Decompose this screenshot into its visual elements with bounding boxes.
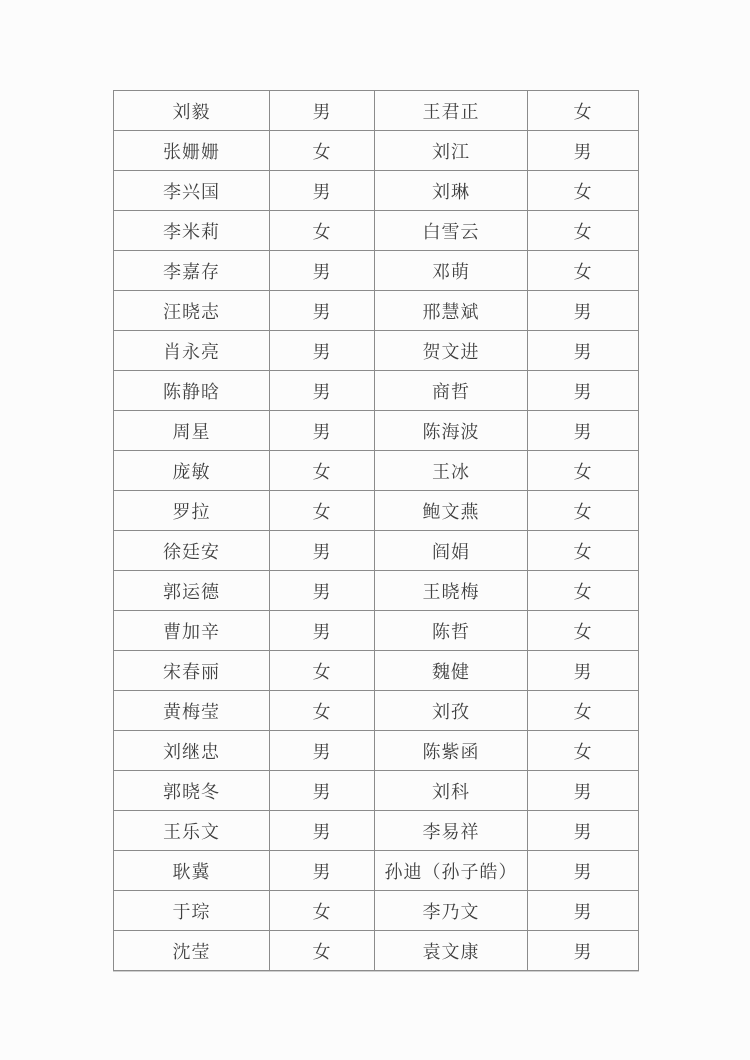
person-name-cell: 汪晓志 <box>114 291 270 331</box>
person-name-cell: 刘继忠 <box>114 731 270 771</box>
table-row: 李嘉存男邓萌女 <box>114 251 639 291</box>
table-row: 王乐文男李易祥男 <box>114 811 639 851</box>
table-row: 耿冀男孙迪（孙子皓）男 <box>114 851 639 891</box>
table-row: 郭运德男王晓梅女 <box>114 571 639 611</box>
person-name-cell: 陈静晗 <box>114 371 270 411</box>
gender-cell: 女 <box>528 531 639 571</box>
person-name-cell: 黄梅莹 <box>114 691 270 731</box>
table-row: 庞敏女王冰女 <box>114 451 639 491</box>
gender-cell: 男 <box>270 291 375 331</box>
gender-cell: 女 <box>528 211 639 251</box>
person-name-cell: 李嘉存 <box>114 251 270 291</box>
person-name-cell: 贺文进 <box>375 331 528 371</box>
person-name-cell: 徐廷安 <box>114 531 270 571</box>
gender-cell: 男 <box>270 411 375 451</box>
gender-cell: 男 <box>270 611 375 651</box>
table-row: 曹加辛男陈哲女 <box>114 611 639 651</box>
gender-cell: 女 <box>528 691 639 731</box>
person-name-cell: 鲍文燕 <box>375 491 528 531</box>
gender-cell: 女 <box>270 211 375 251</box>
table-row: 李兴国男刘琳女 <box>114 171 639 211</box>
table-row: 刘继忠男陈紫函女 <box>114 731 639 771</box>
person-name-cell: 周星 <box>114 411 270 451</box>
person-name-cell: 陈海波 <box>375 411 528 451</box>
table-row: 张姗姗女刘江男 <box>114 131 639 171</box>
gender-cell: 男 <box>528 331 639 371</box>
person-name-cell: 刘科 <box>375 771 528 811</box>
gender-cell: 男 <box>270 531 375 571</box>
gender-cell: 男 <box>270 371 375 411</box>
person-name-cell: 刘江 <box>375 131 528 171</box>
person-name-cell: 魏健 <box>375 651 528 691</box>
person-name-cell: 李米莉 <box>114 211 270 251</box>
gender-cell: 男 <box>528 811 639 851</box>
person-name-cell: 陈紫函 <box>375 731 528 771</box>
table-row: 刘毅男王君正女 <box>114 91 639 131</box>
gender-cell: 女 <box>528 251 639 291</box>
gender-cell: 女 <box>528 91 639 131</box>
person-name-cell: 刘孜 <box>375 691 528 731</box>
gender-cell: 女 <box>270 131 375 171</box>
table-row: 李米莉女白雪云女 <box>114 211 639 251</box>
person-name-cell: 曹加辛 <box>114 611 270 651</box>
person-name-cell: 罗拉 <box>114 491 270 531</box>
gender-cell: 女 <box>270 931 375 971</box>
gender-cell: 女 <box>528 171 639 211</box>
gender-cell: 男 <box>270 571 375 611</box>
table-row: 于琮女李乃文男 <box>114 891 639 931</box>
person-name-cell: 肖永亮 <box>114 331 270 371</box>
person-name-cell: 李兴国 <box>114 171 270 211</box>
person-name-cell: 孙迪（孙子皓） <box>375 851 528 891</box>
table-row: 周星男陈海波男 <box>114 411 639 451</box>
gender-cell: 女 <box>270 451 375 491</box>
person-name-cell: 李易祥 <box>375 811 528 851</box>
person-name-cell: 郭运德 <box>114 571 270 611</box>
gender-cell: 女 <box>270 691 375 731</box>
person-name-cell: 耿冀 <box>114 851 270 891</box>
gender-cell: 女 <box>528 491 639 531</box>
person-name-cell: 张姗姗 <box>114 131 270 171</box>
gender-cell: 男 <box>270 251 375 291</box>
name-gender-roster-table: 刘毅男王君正女张姗姗女刘江男李兴国男刘琳女李米莉女白雪云女李嘉存男邓萌女汪晓志男… <box>113 90 639 971</box>
gender-cell: 男 <box>270 331 375 371</box>
table-row: 郭晓冬男刘科男 <box>114 771 639 811</box>
person-name-cell: 王冰 <box>375 451 528 491</box>
person-name-cell: 沈莹 <box>114 931 270 971</box>
gender-cell: 男 <box>528 131 639 171</box>
table-row: 罗拉女鲍文燕女 <box>114 491 639 531</box>
gender-cell: 女 <box>270 891 375 931</box>
person-name-cell: 于琮 <box>114 891 270 931</box>
person-name-cell: 王君正 <box>375 91 528 131</box>
person-name-cell: 邓萌 <box>375 251 528 291</box>
roster-table-body: 刘毅男王君正女张姗姗女刘江男李兴国男刘琳女李米莉女白雪云女李嘉存男邓萌女汪晓志男… <box>114 91 639 971</box>
table-row: 徐廷安男阎娟女 <box>114 531 639 571</box>
gender-cell: 女 <box>528 611 639 651</box>
gender-cell: 男 <box>528 891 639 931</box>
table-row: 宋春丽女魏健男 <box>114 651 639 691</box>
gender-cell: 男 <box>528 291 639 331</box>
gender-cell: 男 <box>270 91 375 131</box>
person-name-cell: 商哲 <box>375 371 528 411</box>
person-name-cell: 王乐文 <box>114 811 270 851</box>
person-name-cell: 刘毅 <box>114 91 270 131</box>
gender-cell: 男 <box>270 171 375 211</box>
gender-cell: 男 <box>528 371 639 411</box>
document-page: 刘毅男王君正女张姗姗女刘江男李兴国男刘琳女李米莉女白雪云女李嘉存男邓萌女汪晓志男… <box>0 0 750 1060</box>
gender-cell: 女 <box>270 651 375 691</box>
gender-cell: 男 <box>528 931 639 971</box>
table-row: 汪晓志男邢慧斌男 <box>114 291 639 331</box>
gender-cell: 男 <box>528 411 639 451</box>
gender-cell: 男 <box>528 651 639 691</box>
person-name-cell: 袁文康 <box>375 931 528 971</box>
person-name-cell: 白雪云 <box>375 211 528 251</box>
table-row: 陈静晗男商哲男 <box>114 371 639 411</box>
gender-cell: 男 <box>528 771 639 811</box>
person-name-cell: 王晓梅 <box>375 571 528 611</box>
person-name-cell: 阎娟 <box>375 531 528 571</box>
gender-cell: 女 <box>528 451 639 491</box>
person-name-cell: 陈哲 <box>375 611 528 651</box>
person-name-cell: 宋春丽 <box>114 651 270 691</box>
gender-cell: 男 <box>270 851 375 891</box>
table-row: 黄梅莹女刘孜女 <box>114 691 639 731</box>
person-name-cell: 李乃文 <box>375 891 528 931</box>
person-name-cell: 刘琳 <box>375 171 528 211</box>
person-name-cell: 庞敏 <box>114 451 270 491</box>
gender-cell: 女 <box>528 571 639 611</box>
gender-cell: 男 <box>270 771 375 811</box>
gender-cell: 男 <box>270 811 375 851</box>
person-name-cell: 郭晓冬 <box>114 771 270 811</box>
gender-cell: 男 <box>270 731 375 771</box>
gender-cell: 女 <box>270 491 375 531</box>
person-name-cell: 邢慧斌 <box>375 291 528 331</box>
table-row: 沈莹女袁文康男 <box>114 931 639 971</box>
gender-cell: 女 <box>528 731 639 771</box>
gender-cell: 男 <box>528 851 639 891</box>
table-row: 肖永亮男贺文进男 <box>114 331 639 371</box>
